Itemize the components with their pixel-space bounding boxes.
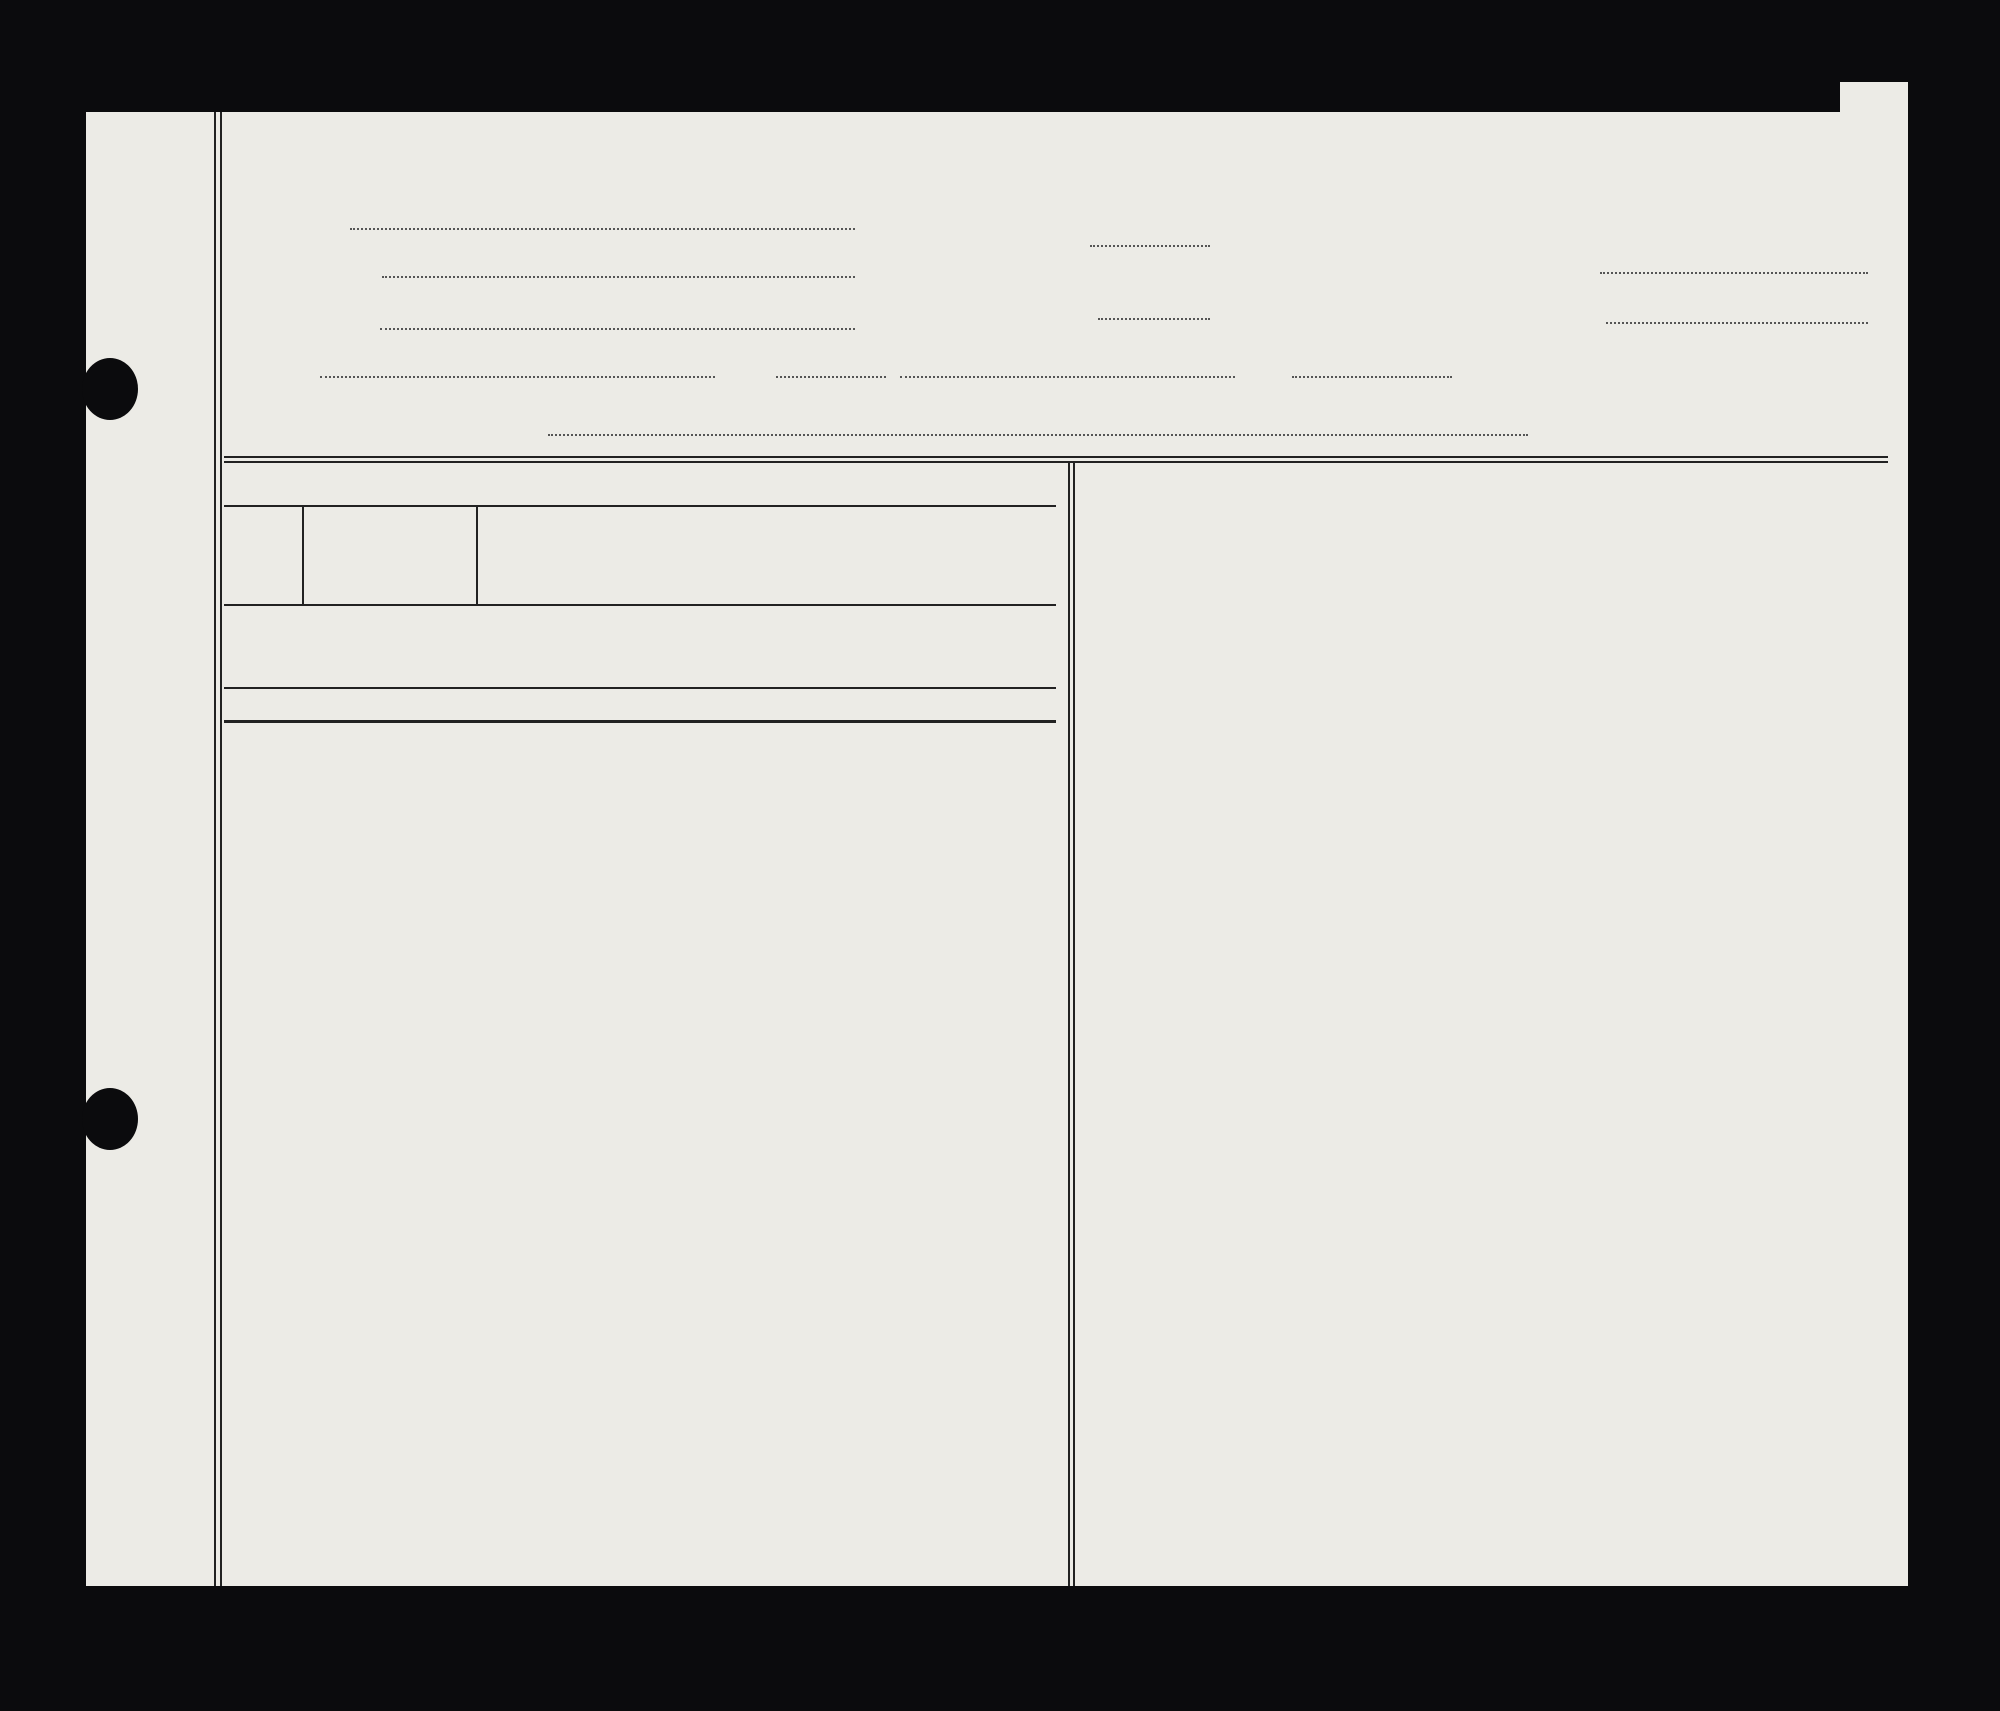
borough-line [380,328,855,330]
street-line [900,376,1235,378]
frame-left-inner [220,112,222,1586]
full-name-line [548,434,1528,436]
rule-personal-head [224,505,1056,507]
certificate-paper [86,112,1908,1586]
rule-after-sex [224,604,1056,606]
rule-after-dob [224,720,1056,723]
file-no-line [1600,272,1868,274]
rule-sex-race [302,506,304,606]
rule-race-marital [476,506,478,606]
street-no-line [776,376,886,378]
header-divider [224,456,1888,463]
center-divider-a [1068,462,1070,1586]
county-line [350,228,855,230]
center-divider-b [1073,462,1075,1586]
registered-no-line [1606,322,1868,324]
primary-reg-line [1098,318,1210,320]
township-line [382,276,855,278]
punch-hole-bottom [82,1088,138,1150]
rule-after-spouse [224,687,1056,689]
paper-corner [1840,82,1908,122]
ward-line [1292,376,1452,378]
frame-left-outer [214,112,216,1586]
city-line [320,376,715,378]
punch-hole-top [82,358,138,420]
reg-district-line [1090,245,1210,247]
